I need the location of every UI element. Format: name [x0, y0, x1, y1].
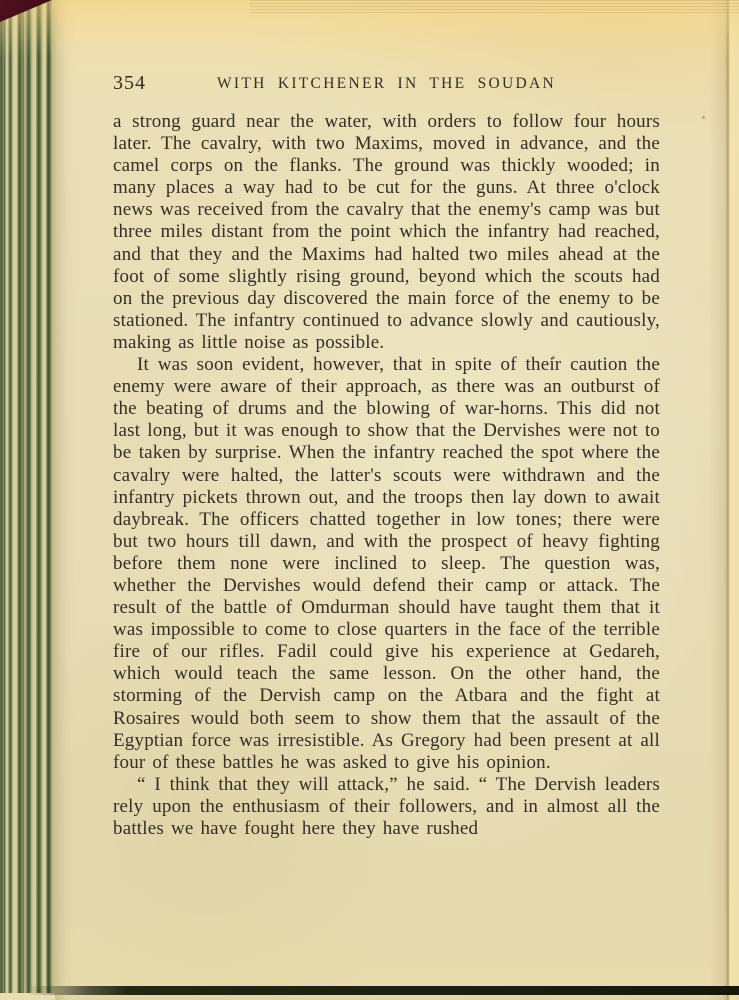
running-title: WITH KITCHENER IN THE SOUDAN [113, 75, 660, 93]
page-body-text: a strong guard near the water, with orde… [113, 111, 660, 840]
page-header: 354 WITH KITCHENER IN THE SOUDAN [113, 72, 660, 96]
bottom-book-edge [28, 986, 739, 995]
stacked-page-edges [0, 0, 56, 993]
scanned-book-photo: 354 WITH KITCHENER IN THE SOUDAN a stron… [0, 0, 739, 1000]
paragraph: “ I think that they will attack,” he sai… [113, 774, 660, 840]
paragraph: It was soon evident, however, that in sp… [113, 354, 660, 774]
paragraph: a strong guard near the water, with orde… [113, 111, 660, 354]
